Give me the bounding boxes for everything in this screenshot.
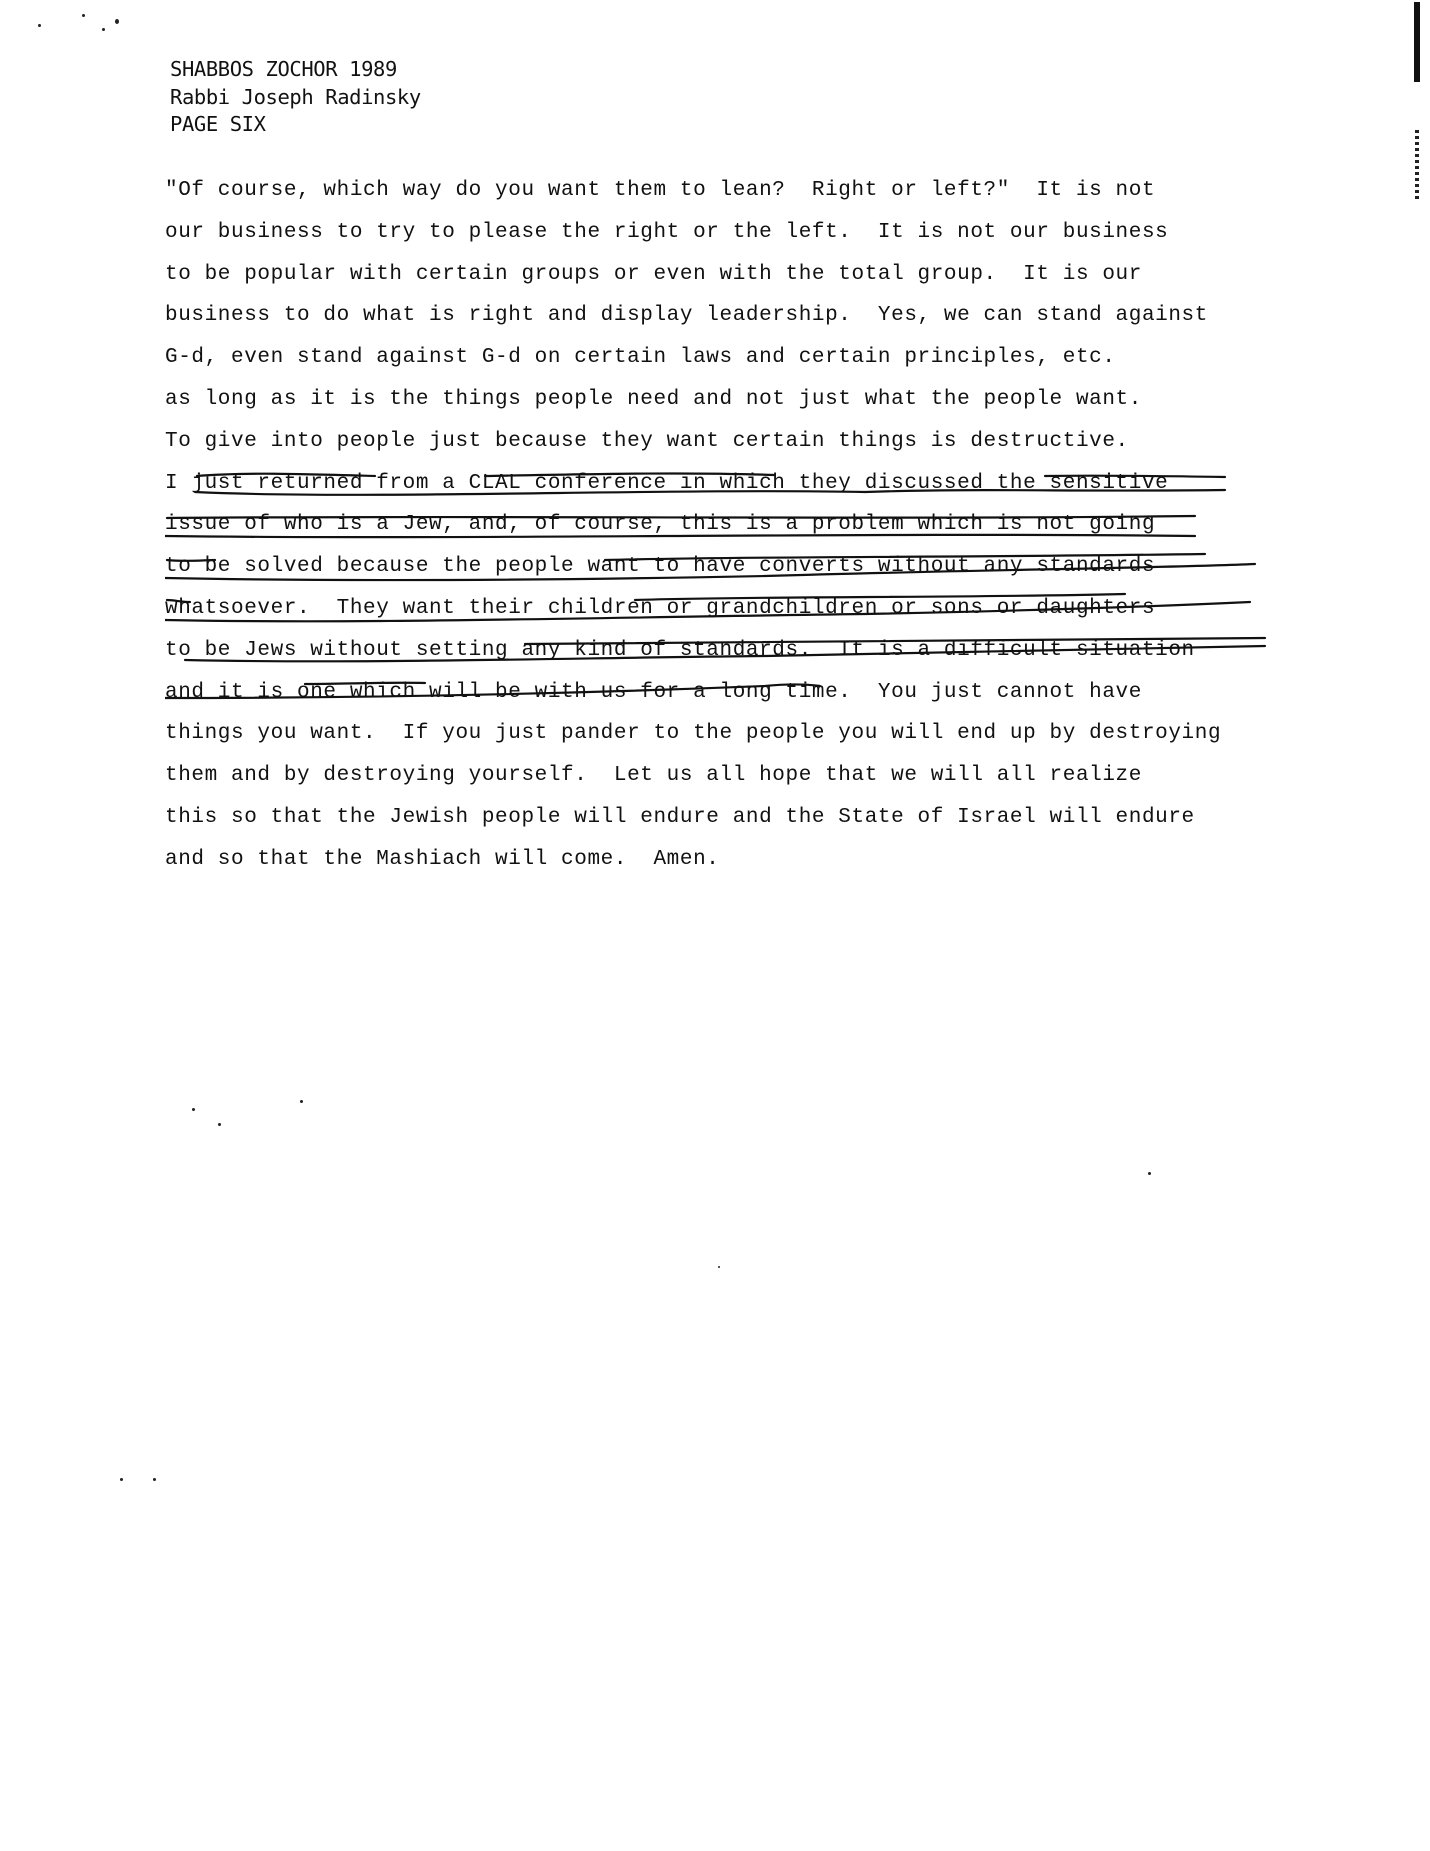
body-line: this so that the Jewish people will endu… <box>165 797 1315 839</box>
document-page: SHABBOS ZOCHOR 1989 Rabbi Joseph Radinsk… <box>0 0 1430 1851</box>
body-line: our business to try to please the right … <box>165 212 1315 254</box>
body-line-struck: to be solved because the people want to … <box>165 546 1315 588</box>
scan-edge-mark <box>1414 2 1420 82</box>
scan-speck <box>192 1108 195 1111</box>
body-line-struck: and it is one which will be with us for … <box>165 672 1315 714</box>
body-line: to be popular with certain groups or eve… <box>165 254 1315 296</box>
scan-speck <box>153 1478 156 1481</box>
scan-speck <box>1148 1172 1151 1175</box>
body-line-struck: to be Jews without setting any kind of s… <box>165 630 1315 672</box>
body-line: G-d, even stand against G-d on certain l… <box>165 337 1315 379</box>
scan-speck <box>38 24 41 27</box>
body-line: and so that the Mashiach will come. Amen… <box>165 839 1315 881</box>
header-author: Rabbi Joseph Radinsky <box>170 84 421 112</box>
scan-speck <box>102 28 105 31</box>
header-page-label: PAGE SIX <box>170 111 421 139</box>
body-line: things you want. If you just pander to t… <box>165 713 1315 755</box>
scan-speck <box>115 19 119 24</box>
body-line: as long as it is the things people need … <box>165 379 1315 421</box>
header-title: SHABBOS ZOCHOR 1989 <box>170 56 421 84</box>
body-line: them and by destroying yourself. Let us … <box>165 755 1315 797</box>
scan-speck <box>120 1478 123 1481</box>
document-body: "Of course, which way do you want them t… <box>165 170 1315 881</box>
scan-speck <box>300 1100 303 1103</box>
scan-edge-mark <box>1415 130 1419 200</box>
body-line: To give into people just because they wa… <box>165 421 1315 463</box>
scan-speck <box>718 1266 720 1268</box>
scan-speck <box>82 14 85 17</box>
body-line-struck: I just returned from a CLAL conference i… <box>165 463 1315 505</box>
body-line: "Of course, which way do you want them t… <box>165 170 1315 212</box>
body-line: business to do what is right and display… <box>165 295 1315 337</box>
body-line-struck: whatsoever. They want their children or … <box>165 588 1315 630</box>
body-line-struck: issue of who is a Jew, and, of course, t… <box>165 504 1315 546</box>
scan-speck <box>218 1123 221 1126</box>
document-header: SHABBOS ZOCHOR 1989 Rabbi Joseph Radinsk… <box>170 56 421 139</box>
